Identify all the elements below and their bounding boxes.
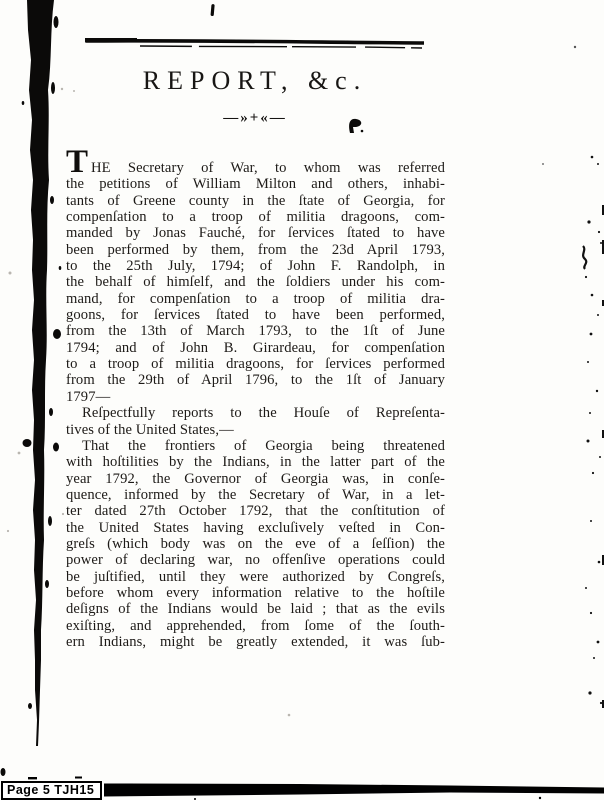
- text-line: power of declaring war, no offenſive ope…: [66, 552, 445, 568]
- text-line: THE Secretary of War, to whom was referr…: [66, 160, 445, 176]
- text-line: before whom every information relative t…: [66, 585, 445, 601]
- text-line: compenſation to a troop of militia drago…: [66, 209, 445, 225]
- report-title: REPORT, &c.: [66, 66, 444, 96]
- text-line: be juſtified, until they were authorized…: [66, 569, 445, 585]
- text-line: greſs (which body was on the eve of a ſe…: [66, 536, 445, 552]
- right-margin-speckles-artifact: [542, 46, 604, 708]
- scanned-page: REPORT, &c. —»+«— THE Secretary of War, …: [0, 0, 604, 800]
- text-line: to a troop of militia dragoons, for ſerv…: [66, 356, 445, 372]
- text-line: year 1792, the Governor of Georgia was, …: [66, 471, 445, 487]
- text-line: goons, for ſervices ſtated to have been …: [66, 307, 445, 323]
- footer-bar-artifact: [28, 777, 604, 800]
- text-line: ern Indians, might be greatly extended, …: [66, 634, 445, 650]
- text-line: That the frontiers of Georgia being thre…: [66, 438, 445, 454]
- text-line: to the 25th July, 1794; of John F. Rando…: [66, 258, 445, 274]
- text-line: quence, informed by the Secretary of War…: [66, 487, 445, 503]
- page-label: Page 5 TJH15: [1, 781, 102, 800]
- text-line: tants of Greene county in the ſtate of G…: [66, 193, 445, 209]
- left-binding-smudge-artifact: [1, 0, 62, 776]
- drop-cap: T: [66, 144, 88, 180]
- text-line: ter dated 27th October 1792, that the co…: [66, 503, 445, 519]
- text-line: from the 29th of April 1796, to the 1ſt …: [66, 372, 445, 388]
- text-line: the behalf of himſelf, and the ſoldiers …: [66, 274, 445, 290]
- text-line: mand, for compenſation to a troop of mil…: [66, 291, 445, 307]
- text-line: Reſpectfully reports to the Houſe of Rep…: [66, 405, 445, 421]
- text-line: manded by Jonas Fauché, for ſervices ſta…: [66, 225, 445, 241]
- report-body: THE Secretary of War, to whom was referr…: [66, 160, 445, 650]
- text-line: 1797—: [66, 389, 445, 405]
- divider-ornament: —»+«—: [66, 110, 444, 127]
- text-line: with hoſtilities by the Indians, in the …: [66, 454, 445, 470]
- top-streak-artifact: [85, 38, 424, 48]
- text-line: the petitions of William Milton and othe…: [66, 176, 445, 192]
- text-line: been performed by them, from the 23d Apr…: [66, 242, 445, 258]
- text-line: exiſting, and apprehended, from ſome of …: [66, 618, 445, 634]
- text-line: the United States having excluſively veſ…: [66, 520, 445, 536]
- text-line: 1794; and of John B. Girardeau, for comp…: [66, 340, 445, 356]
- text-line: from the 13th of March 1793, to the 1ſt …: [66, 323, 445, 339]
- top-tick-artifact: [210, 4, 214, 16]
- text-line: tives of the United States,—: [66, 422, 445, 438]
- text-line: deſigns of the Indians would be laid ; t…: [66, 601, 445, 617]
